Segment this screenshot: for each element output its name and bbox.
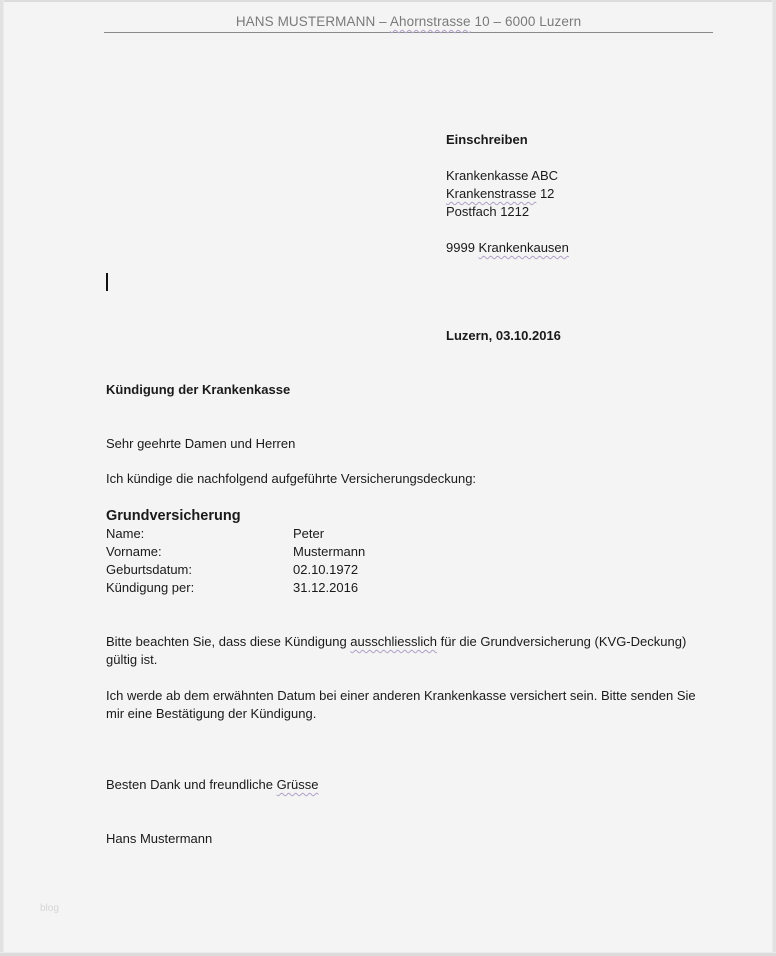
signature-name: Hans Mustermann	[106, 830, 212, 848]
recipient-po-box: Postfach 1212	[446, 203, 569, 221]
recipient-street-number: 12	[536, 186, 554, 201]
recipient-address-block: Einschreiben Krankenkasse ABC Krankenstr…	[446, 131, 569, 257]
detail-value: 02.10.1972	[293, 561, 358, 579]
letterhead: HANS MUSTERMANN – Ahornstrasse 10 – 6000…	[104, 14, 713, 33]
date-line: Luzern, 03.10.2016	[446, 327, 561, 345]
paragraph-confirmation-request: Ich werde ab dem erwähnten Datum bei ein…	[106, 687, 716, 723]
paragraph-scope-flagged-word: ausschliesslich	[350, 634, 437, 649]
recipient-city: Krankenkausen	[479, 240, 569, 255]
closing-line: Besten Dank und freundliche Grüsse	[106, 776, 318, 794]
intro-sentence: Ich kündige die nachfolgend aufgeführte …	[106, 470, 476, 488]
recipient-street-name: Krankenstrasse	[446, 186, 536, 201]
detail-value: Peter	[293, 525, 324, 543]
letter-subject: Kündigung der Krankenkasse	[106, 381, 290, 399]
coverage-title: Grundversicherung	[106, 506, 241, 526]
paragraph-scope-text-start: Bitte beachten Sie, dass diese Kündigung	[106, 634, 350, 649]
page-edge-right	[772, 0, 776, 956]
detail-label: Kündigung per:	[106, 579, 293, 597]
detail-row-firstname: Vorname: Mustermann	[106, 543, 365, 561]
page-edge-left	[0, 0, 4, 956]
closing-flagged-word: Grüsse	[277, 777, 319, 792]
detail-row-name: Name: Peter	[106, 525, 365, 543]
delivery-type: Einschreiben	[446, 131, 569, 149]
letterhead-city: 10 – 6000 Luzern	[471, 14, 582, 29]
detail-row-birthdate: Geburtsdatum: 02.10.1972	[106, 561, 365, 579]
paragraph-scope: Bitte beachten Sie, dass diese Kündigung…	[106, 633, 716, 669]
text-cursor[interactable]	[106, 273, 108, 291]
detail-value: 31.12.2016	[293, 579, 358, 597]
recipient-company: Krankenkasse ABC	[446, 167, 569, 185]
page-edge-bottom	[0, 952, 776, 956]
salutation: Sehr geehrte Damen und Herren	[106, 435, 295, 453]
detail-label: Vorname:	[106, 543, 293, 561]
page-edge-top	[0, 0, 776, 2]
letterhead-sender: HANS MUSTERMANN –	[236, 14, 390, 29]
detail-label: Name:	[106, 525, 293, 543]
recipient-city-line: 9999 Krankenkausen	[446, 239, 569, 257]
watermark: blog	[40, 903, 59, 914]
recipient-postal-code: 9999	[446, 240, 479, 255]
coverage-details: Name: Peter Vorname: Mustermann Geburtsd…	[106, 525, 365, 597]
detail-value: Mustermann	[293, 543, 365, 561]
letterhead-street-flagged: Ahornstrasse	[390, 14, 471, 29]
recipient-street: Krankenstrasse 12	[446, 185, 569, 203]
detail-label: Geburtsdatum:	[106, 561, 293, 579]
detail-row-termination-date: Kündigung per: 31.12.2016	[106, 579, 365, 597]
closing-text: Besten Dank und freundliche	[106, 777, 277, 792]
